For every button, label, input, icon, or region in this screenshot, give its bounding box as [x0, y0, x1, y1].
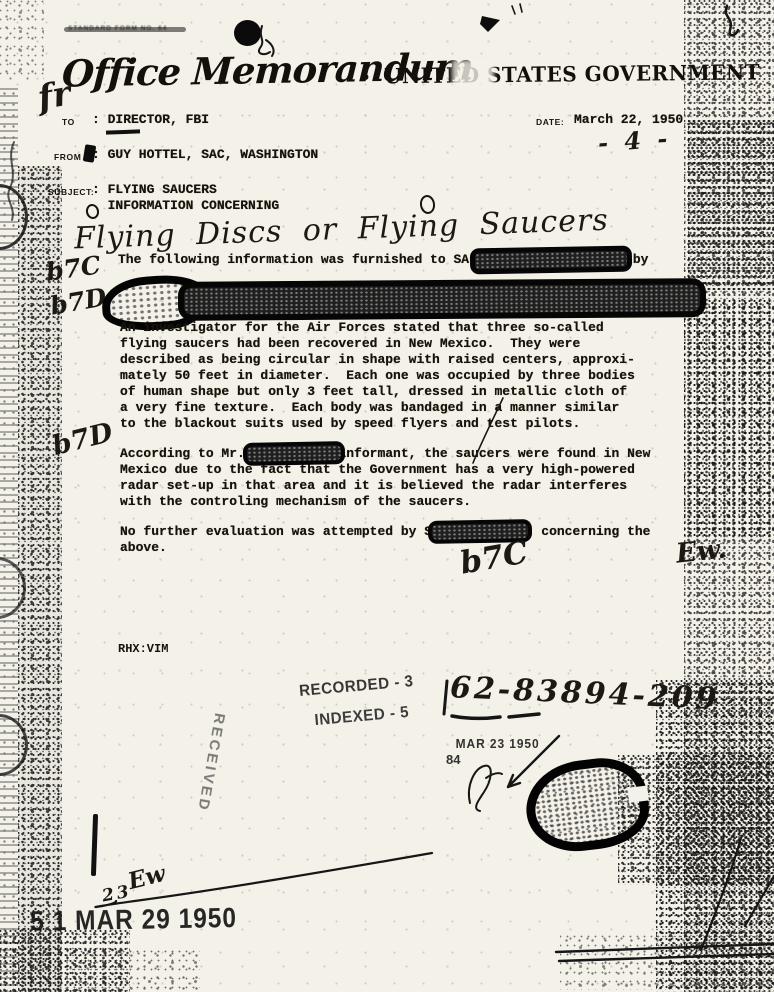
header-bullet: •: [360, 68, 371, 88]
to-value: : DIRECTOR, FBI: [92, 112, 209, 128]
subject-label: SUBJECT:: [48, 187, 94, 197]
file-number: 62-83894-209: [449, 670, 720, 717]
paragraph-1: An investigator for the Air Forces state…: [120, 320, 635, 432]
vertical-ink-stroke: [91, 814, 98, 876]
date-received-stamp: MAR 23 1950: [456, 736, 540, 751]
redaction-blob-notch: [627, 786, 649, 803]
top-left-scrawl: fr: [35, 73, 74, 118]
form-note: STANDARD FORM NO. 64: [68, 25, 167, 32]
bottom-right-noise: [560, 935, 774, 990]
bottom-mid-noise: [60, 950, 200, 990]
right-noise-patch-1: [688, 120, 774, 290]
body-intro: The following information was furnished …: [118, 252, 649, 268]
top-left-corner-noise: [0, 0, 44, 80]
redaction-blob: [521, 753, 653, 857]
margin-code-b7d-2: b7D: [49, 417, 116, 462]
right-noise-patch-3: [656, 680, 774, 992]
from-label: FROM: [54, 152, 81, 162]
paragraph-2: According to Mr. informant, the saucers …: [120, 446, 651, 510]
margin-code-b7c: b7C: [44, 250, 102, 286]
director-underline: [106, 129, 140, 134]
ink-dot: [234, 20, 261, 46]
indexed-stamp: INDEXED - 5: [314, 704, 410, 730]
received-stamp: RECEIVED: [194, 712, 228, 814]
initials-right: Ew.: [675, 533, 728, 569]
date-received-sub: 84: [446, 752, 460, 767]
subject-value: : FLYING SAUCERS INFORMATION CONCERNING: [92, 182, 279, 214]
fbi-memo-scan: STANDARD FORM NO. 64 Office Memorandum •…: [0, 0, 774, 992]
typist-initials: RHX:VIM: [118, 642, 168, 656]
recorded-stamp: RECORDED - 3: [298, 673, 414, 701]
blob-area-noise: [618, 755, 774, 885]
paragraph-3: No further evaluation was attempted by S…: [120, 524, 651, 556]
bottom-left-initials: Ew: [125, 860, 168, 895]
right-noise-patch-2: [684, 300, 774, 540]
far-left-noise: [0, 88, 18, 992]
bottom-left-noise: [0, 930, 130, 992]
from-value: : GUY HOTTEL, SAC, WASHINGTON: [92, 147, 318, 163]
redaction-main-bar: [178, 278, 706, 321]
date-label: DATE:: [536, 117, 564, 127]
punch-hole-3: [0, 714, 28, 776]
to-label: TO: [62, 117, 75, 127]
government-label: UNITED STATES GOVERNMENT: [384, 59, 760, 88]
punch-hole-1: [0, 184, 28, 250]
margin-code-b7d: b7D: [48, 282, 109, 320]
right-edge-noise: [684, 0, 774, 992]
bottom-date-stamp: 5 1 MAR 29 1950: [30, 902, 237, 938]
bottom-left-scrawl: 23: [100, 882, 133, 907]
punch-hole-2: [0, 557, 26, 619]
date-area-scrawl: - 4 -: [597, 123, 672, 157]
